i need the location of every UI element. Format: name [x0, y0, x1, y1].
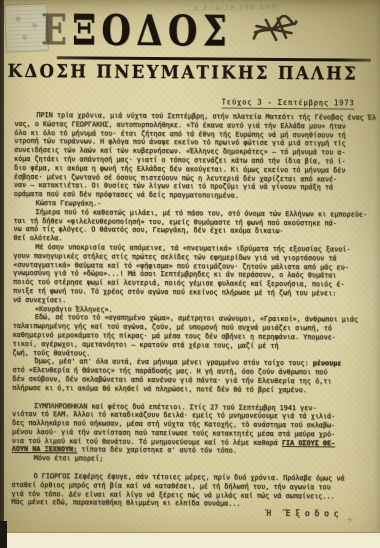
- scan-bottom-band: [0, 532, 380, 548]
- paragraph: Όμως, μέσ' απ' όλα αυτά, ένα μήνυμα μένε…: [12, 357, 374, 404]
- document-page: Δ.Δ.ΙΑ/38.198 ΔΗΜ. ΕΞΟΔΟΣ ΚΔΟΣΗ ΠΝΕΥΜΑΤΙ…: [0, 0, 380, 548]
- paragraph: Εδώ, σέ τούτο τό «αγαπημένο χώμα», αμέτρ…: [12, 313, 374, 360]
- paragraph: Σήμερα πού τό καθεστώς μιλάει, μέ τό πάσ…: [13, 208, 375, 246]
- text-segment: Κώστα Γεωργάκη.-: [36, 199, 102, 208]
- scan-left-edge: [0, 0, 4, 548]
- emphasized-text: ΛΟΥΝ ΝΑ ΞΕΧΝΟΥΝ:: [12, 445, 78, 454]
- text-segment: ζωή, τούς θανάτους.: [12, 348, 90, 357]
- plus-mark: +: [346, 516, 354, 526]
- body-text: ΠΡΙΝ τρία χρόνια, μιά νύχτα τού Σεπτέμβρ…: [11, 111, 376, 510]
- paragraph: ΠΡΙΝ τρία χρόνια, μιά νύχτα τού Σεπτέμβρ…: [14, 111, 377, 211]
- text-segment: νά συνεχίσει.: [13, 296, 66, 304]
- masthead-title: ΕΞΟΔΟΣ: [41, 7, 233, 55]
- emphasized-text: ΓΙΑ ΟΣΟΥΣ ΘΕ-: [282, 439, 335, 447]
- text-segment: πλήρωσε κι ό,τι ακόμα θά κληθεί νά πληρώ…: [12, 384, 307, 394]
- text-segment: τίποτα δέν χαρίστηκε σ' αυτό τόν τόπο.: [77, 446, 237, 455]
- scan-corner-shadow: [0, 521, 7, 548]
- header-divider: [57, 56, 371, 61]
- paragraph: ΣΥΜΠΛΗΡΩΘΗΚΑΝ καί φέτος δυό επέτειοι. Στ…: [12, 401, 375, 474]
- signature: Ἡ Ἔξοδος: [266, 509, 343, 520]
- scanned-sheet: Δ.Δ.ΙΑ/38.198 ΔΗΜ. ΕΞΟΔΟΣ ΚΔΟΣΗ ΠΝΕΥΜΑΤΙ…: [0, 0, 380, 548]
- text-segment: θεί ολότελα.: [13, 234, 62, 242]
- masthead-subtitle: ΚΔΟΣΗ ΠΝΕΥΜΑΤΙΚΗΣ ΠΑΛΗΣ: [8, 61, 359, 85]
- paragraph: Μέ όσην υποκρισία τούς απόμεινε, τά «πνε…: [13, 243, 376, 316]
- text-segment: Μάς μένει εδώ, παρακαταθήκη θλιμμένη κι …: [11, 498, 240, 508]
- ink-scribble-icon: [248, 13, 303, 47]
- emphasized-text: μένουμε: [313, 360, 342, 368]
- issue-date-line: Τεύχος 3 - Σεπτέμβρης 1973: [221, 98, 354, 110]
- text-segment: Μόνο έτσι μπορεί;: [34, 454, 104, 463]
- paragraph: Ο ΓΙΩΡΓΟΣ Σεφέρης έφυγε, σάν τέτοιες μέρ…: [11, 472, 373, 510]
- text-segment: «Κουράγιο Έλληνες».: [35, 305, 113, 314]
